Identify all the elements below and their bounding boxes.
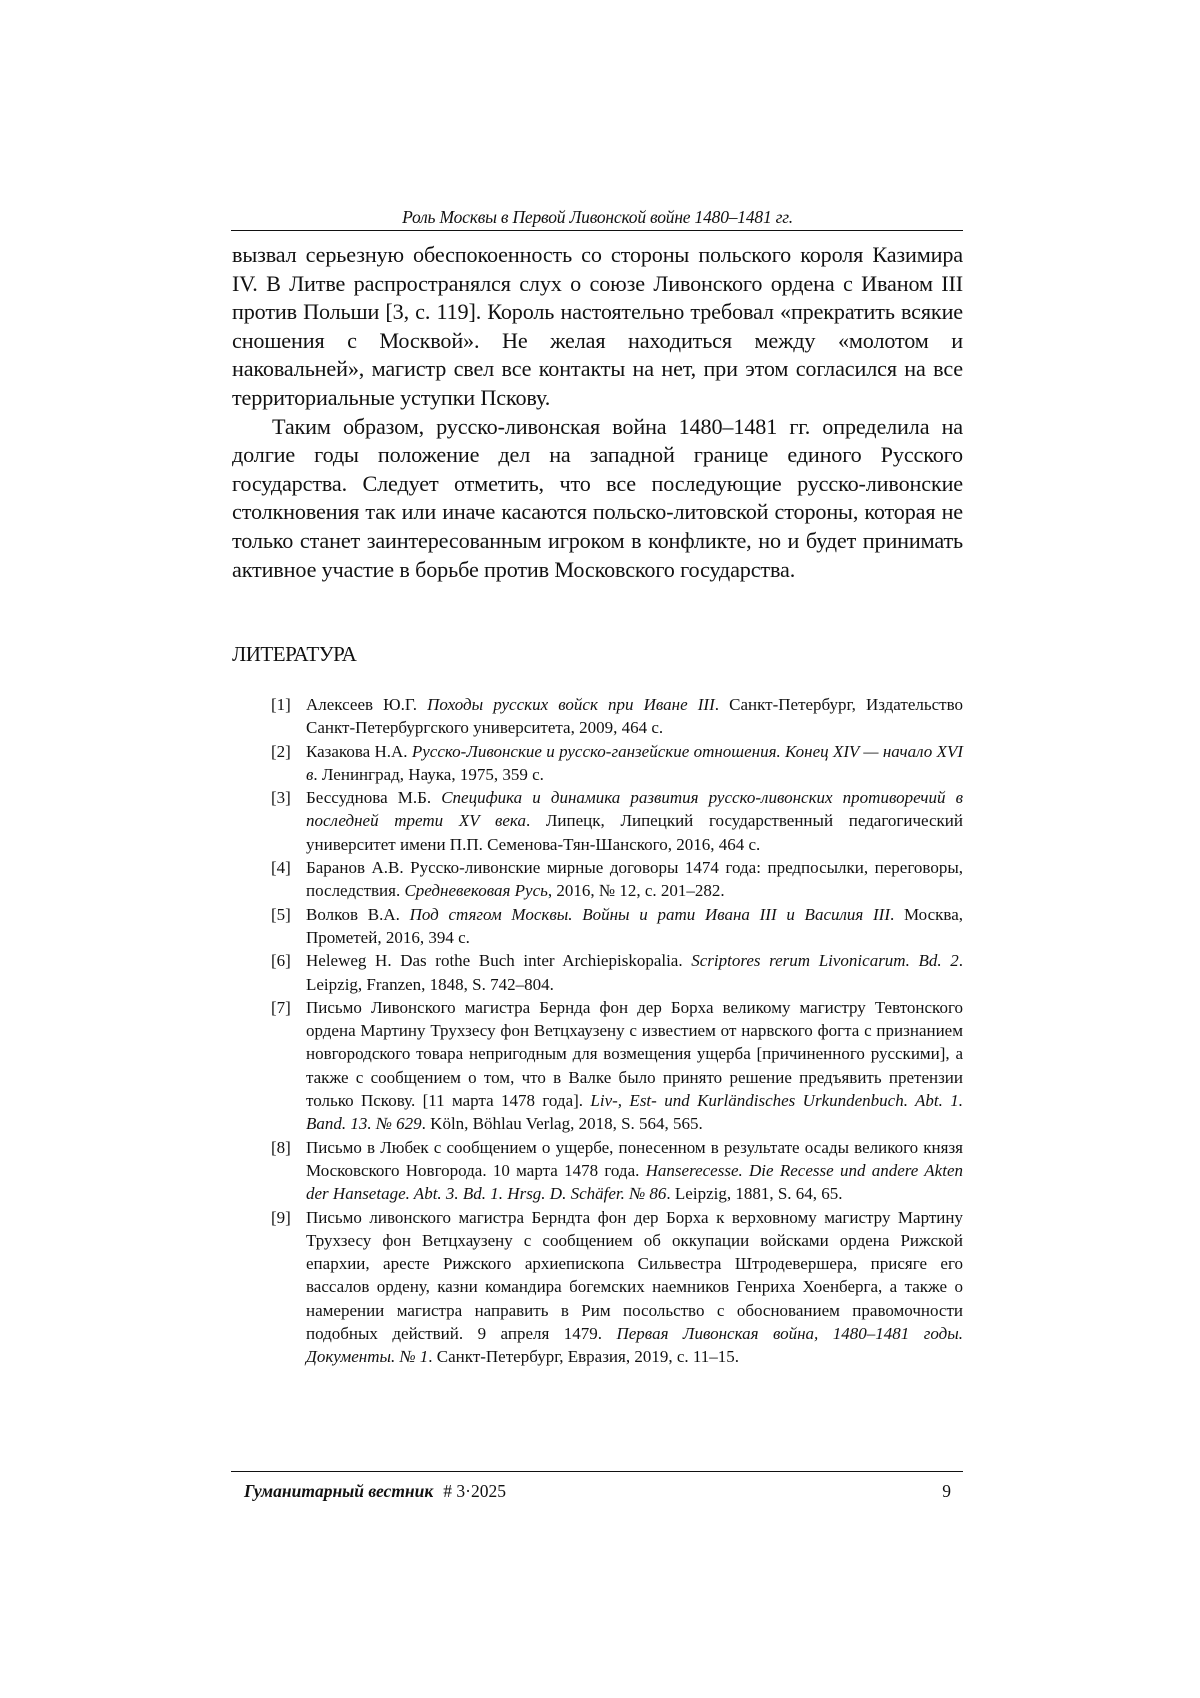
reference-text: . Leipzig, 1881, S. 64, 65.	[666, 1184, 842, 1203]
reference-text: Письмо ливонского магистра Берндта фон д…	[306, 1208, 963, 1343]
journal-name: Гуманитарный вестник	[244, 1481, 433, 1501]
reference-number: [6]	[271, 949, 291, 972]
header-rule	[231, 230, 963, 231]
reference-text: Heleweg H. Das rothe Buch inter Archiepi…	[306, 951, 691, 970]
references-heading: ЛИТЕРАТУРА	[232, 641, 356, 667]
reference-number: [2]	[271, 740, 291, 763]
reference-item: [4]Баранов А.В. Русско-ливонские мирные …	[271, 856, 963, 903]
reference-item: [3]Бессуднова М.Б. Специфика и динамика …	[271, 786, 963, 856]
reference-text: Волков В.А.	[306, 905, 410, 924]
reference-number: [3]	[271, 786, 291, 809]
reference-title: Средневековая Русь	[404, 881, 547, 900]
reference-item: [7]Письмо Ливонского магистра Бернда фон…	[271, 996, 963, 1136]
page-number: 9	[942, 1480, 951, 1502]
reference-number: [7]	[271, 996, 291, 1019]
reference-item: [8]Письмо в Любек с сообщением о ущербе,…	[271, 1136, 963, 1206]
footer-rule	[231, 1471, 963, 1472]
running-head: Роль Москвы в Первой Ливонской войне 148…	[232, 207, 963, 227]
reference-text: , 2016, № 12, с. 201–282.	[548, 881, 725, 900]
reference-text: Казакова Н.А.	[306, 742, 412, 761]
reference-item: [5]Волков В.А. Под стягом Москвы. Войны …	[271, 903, 963, 950]
reference-item: [6]Heleweg H. Das rothe Buch inter Archi…	[271, 949, 963, 996]
reference-text: Алексеев Ю.Г.	[306, 695, 427, 714]
reference-number: [1]	[271, 693, 291, 716]
reference-title: Походы русских войск при Иване III	[427, 695, 715, 714]
reference-item: [1]Алексеев Ю.Г. Походы русских войск пр…	[271, 693, 963, 740]
reference-title: Под стягом Москвы. Войны и рати Ивана II…	[410, 905, 890, 924]
body-text: вызвал серьезную обеспокоенность со стор…	[232, 241, 963, 584]
references-list: [1]Алексеев Ю.Г. Походы русских войск пр…	[271, 693, 963, 1369]
page-footer: Гуманитарный вестник# 3·2025 9	[244, 1480, 951, 1502]
reference-number: [9]	[271, 1206, 291, 1229]
reference-number: [4]	[271, 856, 291, 879]
reference-text: Бессуднова М.Б.	[306, 788, 441, 807]
reference-number: [5]	[271, 903, 291, 926]
paragraph: вызвал серьезную обеспокоенность со стор…	[232, 241, 963, 413]
reference-text: . Köln, Böhlau Verlag, 2018, S. 564, 565…	[422, 1114, 703, 1133]
reference-item: [9]Письмо ливонского магистра Берндта фо…	[271, 1206, 963, 1369]
reference-number: [8]	[271, 1136, 291, 1159]
reference-title: Scriptores rerum Livonicarum. Bd. 2	[691, 951, 959, 970]
paragraph: Таким образом, русско-ливонская война 14…	[232, 413, 963, 585]
reference-item: [2]Казакова Н.А. Русско-Ливонские и русс…	[271, 740, 963, 787]
reference-text: . Ленинград, Наука, 1975, 359 с.	[313, 765, 543, 784]
issue-number: # 3·2025	[443, 1481, 506, 1501]
reference-text: . Санкт-Петербург, Евразия, 2019, с. 11–…	[428, 1347, 739, 1366]
